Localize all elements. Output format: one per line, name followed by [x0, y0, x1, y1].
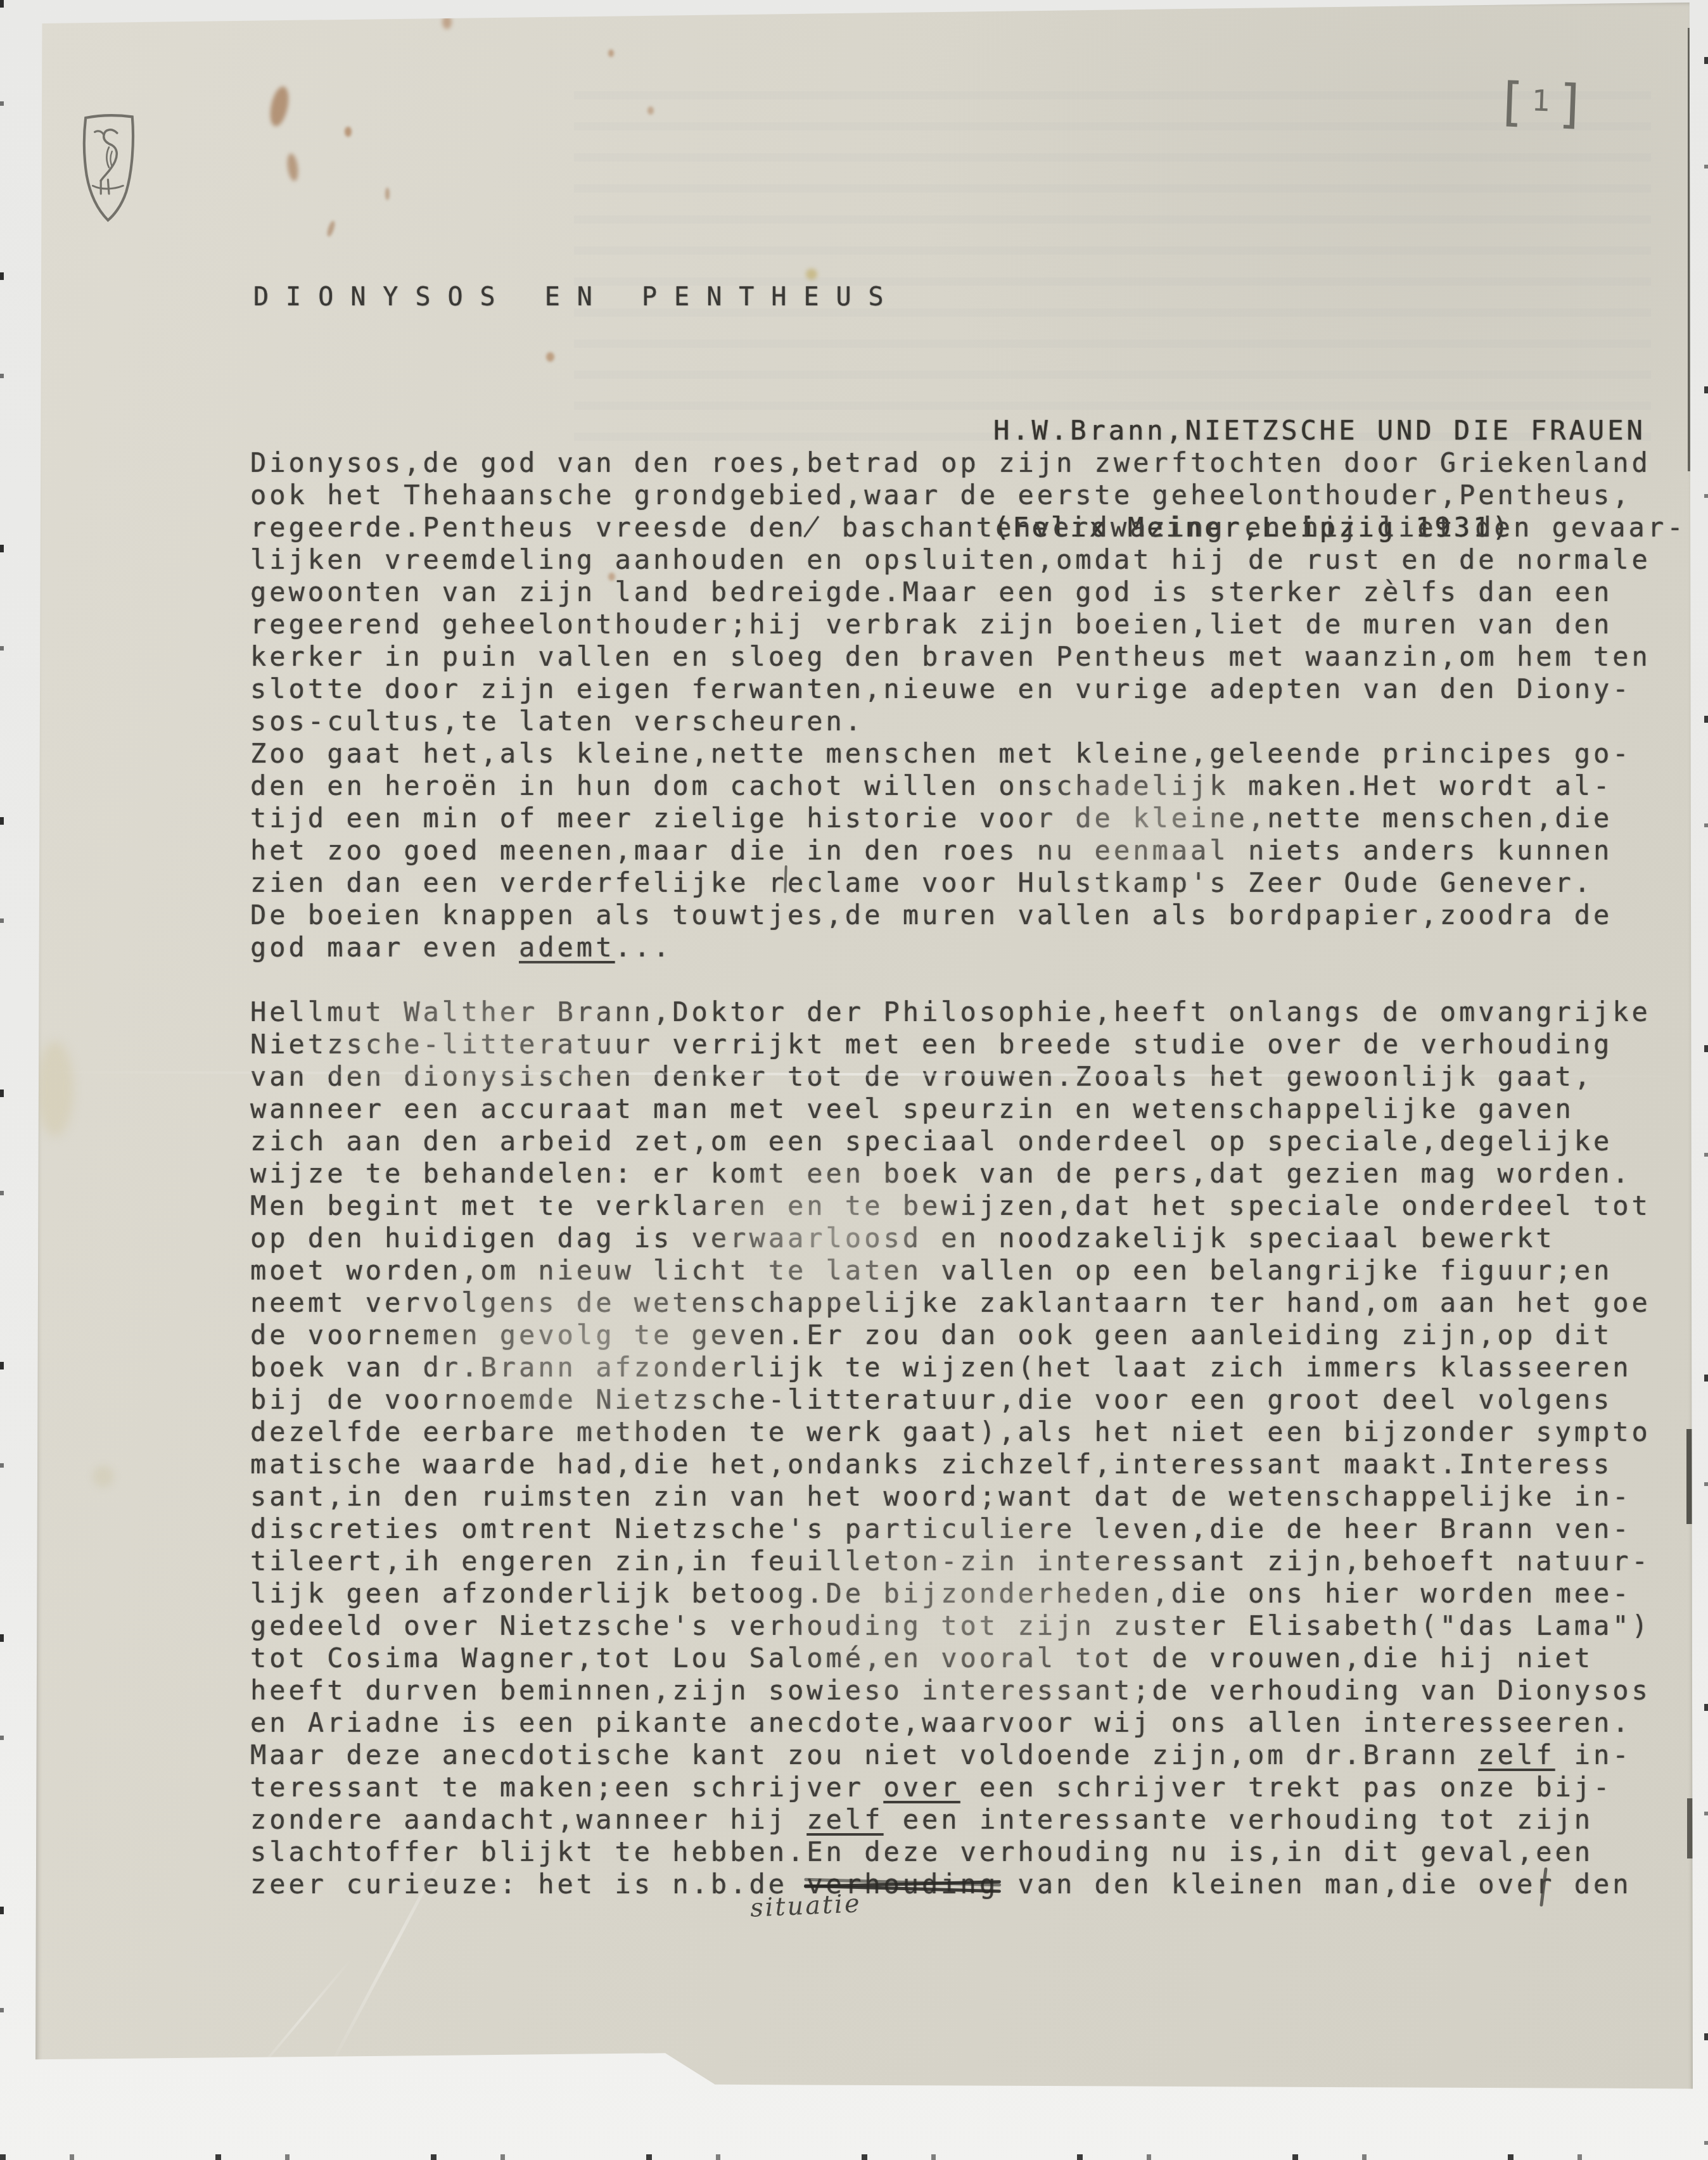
typed-line: ook het Thehaansche grondgebied,waar de …: [250, 479, 1695, 511]
foxing-stain: [92, 1466, 114, 1487]
typed-line: wijze te behandelen: er komt een boek va…: [250, 1157, 1695, 1190]
rust-stain: [267, 85, 292, 128]
rust-stain: [345, 127, 352, 137]
typed-line: moet worden,om nieuw licht te laten vall…: [250, 1254, 1695, 1286]
typed-line: regeerend geheelonthouder;hij verbrak zi…: [250, 608, 1695, 640]
page-number-annotation: [1]: [1501, 72, 1590, 136]
typed-line: kerker in puin vallen en sloeg den brave…: [250, 640, 1695, 673]
typed-line: sos-cultus,te laten verscheuren.: [250, 705, 1695, 737]
typed-line: op den huidigen dag is verwaarloosd en n…: [250, 1222, 1695, 1254]
typed-line: zien dan een verderfelijke reclame voor …: [250, 867, 1695, 899]
typed-line: matische waarde had,die het,ondanks zich…: [250, 1448, 1695, 1480]
typed-line: het zoo goed meenen,maar die in den roes…: [250, 834, 1695, 867]
rust-stain: [286, 153, 300, 182]
page-number-value: 1: [1531, 83, 1560, 118]
typed-line: De boeien knappen als touwtjes,de muren …: [250, 899, 1695, 931]
typed-line: wanneer een accuraat man met veel speurz…: [250, 1093, 1695, 1125]
scanner-noise-bottom: [0, 2154, 1708, 2160]
rust-stain: [647, 106, 654, 115]
typed-line: en Ariadne is een pikante anecdote,waarv…: [250, 1706, 1695, 1739]
typed-line: Dionysos,de god van den roes,betrad op z…: [250, 447, 1695, 479]
typed-line: boek van dr.Brann afzonderlijk te wijzen…: [250, 1351, 1695, 1383]
typed-line: tot Cosima Wagner,tot Lou Salomé,en voor…: [250, 1642, 1695, 1674]
typed-line: tijd een min of meer zielige historie vo…: [250, 802, 1695, 834]
typed-line: bij de voornoemde Nietzsche-litteratuur,…: [250, 1383, 1695, 1416]
typed-line: tileert,ih engeren zin,in feuilleton-zin…: [250, 1545, 1695, 1577]
typed-line: discreties omtrent Nietzsche's particuli…: [250, 1513, 1695, 1545]
handwritten-annotation: situatie: [749, 1889, 862, 1923]
typed-line: regeerde.Pentheus vreesde den̸ baschante…: [250, 511, 1695, 543]
body-text: Dionysos,de god van den roes,betrad op z…: [250, 447, 1695, 1900]
page-title: DIONYSOS EN PENTHEUS: [253, 283, 901, 312]
typed-line: teressant te maken;een schrijver over ee…: [250, 1771, 1695, 1803]
typed-line: gedeeld over Nietzsche's verhouding tot …: [250, 1610, 1695, 1642]
rust-stain: [326, 220, 336, 238]
rust-stain: [442, 15, 452, 29]
typed-line: lijken vreemdeling aanhouden en opsluite…: [250, 543, 1695, 576]
paper-crease: [253, 1958, 352, 2076]
typed-line: Hellmut Walther Brann,Doktor der Philoso…: [250, 996, 1695, 1028]
typed-line: lijk geen afzonderlijk betoog.De bijzond…: [250, 1577, 1695, 1610]
typed-line: Nietzsche-litteratuur verrijkt met een b…: [250, 1028, 1695, 1060]
typed-line: zondere aandacht,wanneer hij zelf een in…: [250, 1803, 1695, 1836]
document-scan: { "document": { "page_number": { "open":…: [0, 0, 1708, 2160]
typed-line: slachtoffer blijkt te hebben.En deze ver…: [250, 1836, 1695, 1868]
scanner-noise-left: [0, 0, 4, 2160]
paper-sheet: DIONYSOS EN PENTHEUS H.W.Brann,NIETZSCHE…: [35, 3, 1693, 2093]
rust-stain: [546, 352, 554, 362]
typed-line: heeft durven beminnen,zijn sowieso inter…: [250, 1674, 1695, 1706]
stork-shield-stamp-icon: [79, 111, 139, 226]
rust-stain: [608, 49, 614, 57]
foxing-stain: [806, 269, 817, 280]
open-bracket: [: [1501, 72, 1533, 134]
typed-line: Maar deze anecdotische kant zou niet vol…: [250, 1739, 1695, 1771]
close-bracket: ]: [1558, 74, 1590, 136]
foxing-stain: [37, 1041, 73, 1136]
typed-line: neemt vervolgens de wetenschappelijke za…: [250, 1286, 1695, 1319]
reference-line: H.W.Brann,NIETZSCHE UND DIE FRAUEN: [993, 414, 1646, 447]
typed-line: gewoonten van zijn land bedreigde.Maar e…: [250, 576, 1695, 608]
typed-line: Men begint met te verklaren en te bewijz…: [250, 1190, 1695, 1222]
typed-line: dezelfde eerbare methoden te werk gaat),…: [250, 1416, 1695, 1448]
typed-line: [250, 963, 1695, 996]
typed-line: den en heroën in hun dom cachot willen o…: [250, 770, 1695, 802]
typed-line: zich aan den arbeid zet,om een speciaal …: [250, 1125, 1695, 1157]
typed-line: de voornemen gevolg te geven.Er zou dan …: [250, 1319, 1695, 1351]
typed-line: Zoo gaat het,als kleine,nette menschen m…: [250, 737, 1695, 770]
scanner-noise-right: [1704, 0, 1708, 2160]
scan-edge-shadow: [1688, 28, 1693, 471]
typed-line: god maar even ademt...: [250, 931, 1695, 963]
rust-stain: [385, 187, 390, 200]
typed-line: slotte door zijn eigen ferwanten,nieuwe …: [250, 673, 1695, 705]
typed-line: zeer curieuze: het is n.b.de verhouding …: [250, 1868, 1695, 1900]
typed-line: sant,in den ruimsten zin van het woord;w…: [250, 1480, 1695, 1513]
typed-line: van den dionysischen denker tot de vrouw…: [250, 1060, 1695, 1093]
